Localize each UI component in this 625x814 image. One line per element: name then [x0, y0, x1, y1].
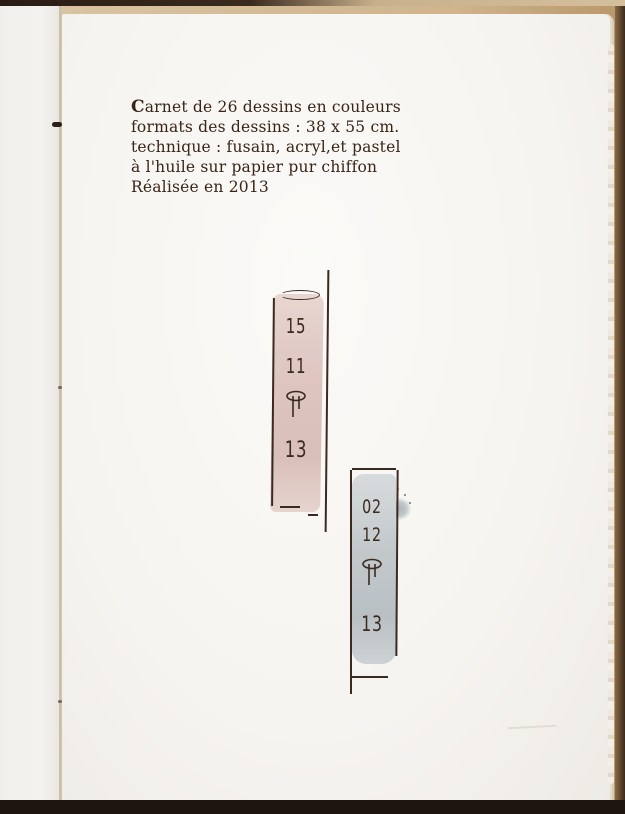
ink-oval-top	[280, 290, 320, 300]
label-year: 13	[283, 438, 310, 463]
bottom-edge-shadow	[0, 800, 625, 814]
backing-edge	[615, 0, 625, 814]
caption-line-title: Carnet de 26 dessins en couleurs	[131, 97, 521, 117]
label-day: 02	[359, 496, 386, 518]
caption-line-support: à l'huile sur papier pur chiffon	[131, 157, 521, 177]
pink-label: 15 11 13	[270, 292, 330, 522]
top-edge-shadow	[0, 0, 625, 6]
pi-symbol-icon	[360, 558, 384, 586]
label-day: 15	[283, 314, 310, 338]
caption-line-format: formats des dessins : 38 x 55 cm.	[131, 117, 521, 137]
paint-speck	[409, 502, 411, 504]
pi-symbol-icon	[284, 390, 308, 418]
label-year: 13	[359, 612, 386, 636]
label-month: 12	[359, 524, 386, 546]
caption-line-date: Réalisée en 2013	[131, 177, 521, 197]
label-month: 11	[283, 354, 310, 378]
ink-rule-bottom	[352, 676, 388, 678]
caption-line-technique: technique : fusain, acryl,et pastel	[131, 137, 521, 157]
ink-dash-bottom	[280, 506, 300, 508]
page-caption: Carnet de 26 dessins en couleurs formats…	[131, 97, 521, 197]
facing-page	[0, 6, 60, 804]
paint-speck	[404, 494, 406, 496]
ink-dash-bottom	[308, 514, 318, 516]
ink-rule-top	[352, 468, 396, 470]
deckle-edge-right	[608, 44, 614, 784]
ink-rule-left	[350, 470, 352, 694]
ink-rule-right	[395, 470, 398, 656]
grey-label: 02 12 13	[350, 468, 400, 694]
ink-rule-right	[325, 270, 330, 532]
binding-stitch	[52, 122, 62, 127]
